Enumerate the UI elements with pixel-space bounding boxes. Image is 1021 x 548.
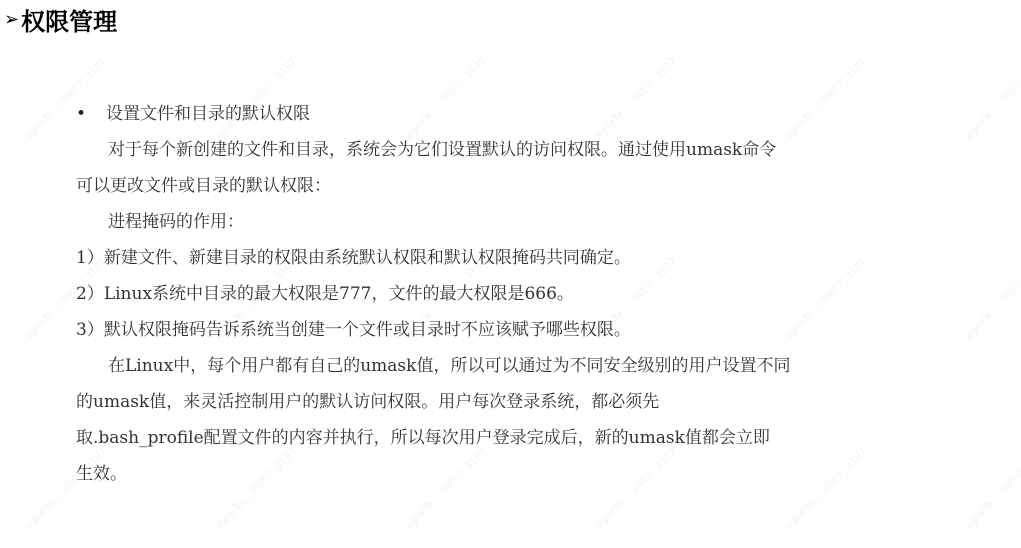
watermark: agileTe..._刘晓宇_3107: [591, 443, 679, 531]
paragraph-line: 对于每个新创建的文件和目录，系统会为它们设置默认的访问权限。通过使用umask命…: [108, 139, 776, 161]
paragraph-line: 生效。: [76, 463, 127, 485]
list-item-1: 1）新建文件、新建目录的权限由系统默认权限和默认权限掩码共同确定。: [76, 247, 631, 269]
watermark: agileTe..._刘晓宇_3107: [21, 53, 109, 141]
bullet-item-text: 设置文件和目录的默认权限: [106, 104, 310, 124]
watermark: agileTe..._刘晓宇_3107: [21, 443, 109, 531]
watermark: agileTe..._刘晓宇_3107: [961, 253, 1021, 341]
page-title: ➢ 权限管理: [4, 2, 117, 36]
watermark: agileTe..._刘晓宇_3107: [211, 53, 299, 141]
bullet-item: •设置文件和目录的默认权限: [76, 103, 310, 125]
watermark: agileTe..._刘晓宇_3107: [591, 53, 679, 141]
list-item-3: 3）默认权限掩码告诉系统当创建一个文件或目录时不应该赋予哪些权限。: [76, 319, 631, 341]
watermark: agileTe..._刘晓宇_3107: [781, 53, 869, 141]
paragraph-line: 进程掩码的作用：: [108, 211, 244, 233]
watermark: agileTe..._刘晓宇_3107: [401, 53, 489, 141]
paragraph-line: 取.bash_profile配置文件的内容并执行，所以每次用户登录完成后，新的u…: [76, 427, 770, 449]
watermark: agileTe..._刘晓宇_3107: [781, 443, 869, 531]
bullet-dot-icon: •: [76, 103, 106, 125]
arrow-bullet-icon: ➢: [4, 9, 19, 30]
paragraph-line: 可以更改文件或目录的默认权限：: [76, 175, 331, 197]
list-item-2: 2）Linux系统中目录的最大权限是777，文件的最大权限是666。: [76, 283, 574, 305]
watermark: agileTe..._刘晓宇_3107: [961, 443, 1021, 531]
watermark: agileTe..._刘晓宇_3107: [961, 53, 1021, 141]
paragraph-line: 的umask值，来灵活控制用户的默认访问权限。用户每次登录系统，都必须先: [76, 391, 659, 413]
watermark: agileTe..._刘晓宇_3107: [211, 443, 299, 531]
paragraph-line: 在Linux中，每个用户都有自己的umask值，所以可以通过为不同安全级别的用户…: [108, 355, 790, 377]
watermark: agileTe..._刘晓宇_3107: [781, 253, 869, 341]
watermark: agileTe..._刘晓宇_3107: [401, 443, 489, 531]
page-title-text: 权限管理: [21, 2, 117, 37]
